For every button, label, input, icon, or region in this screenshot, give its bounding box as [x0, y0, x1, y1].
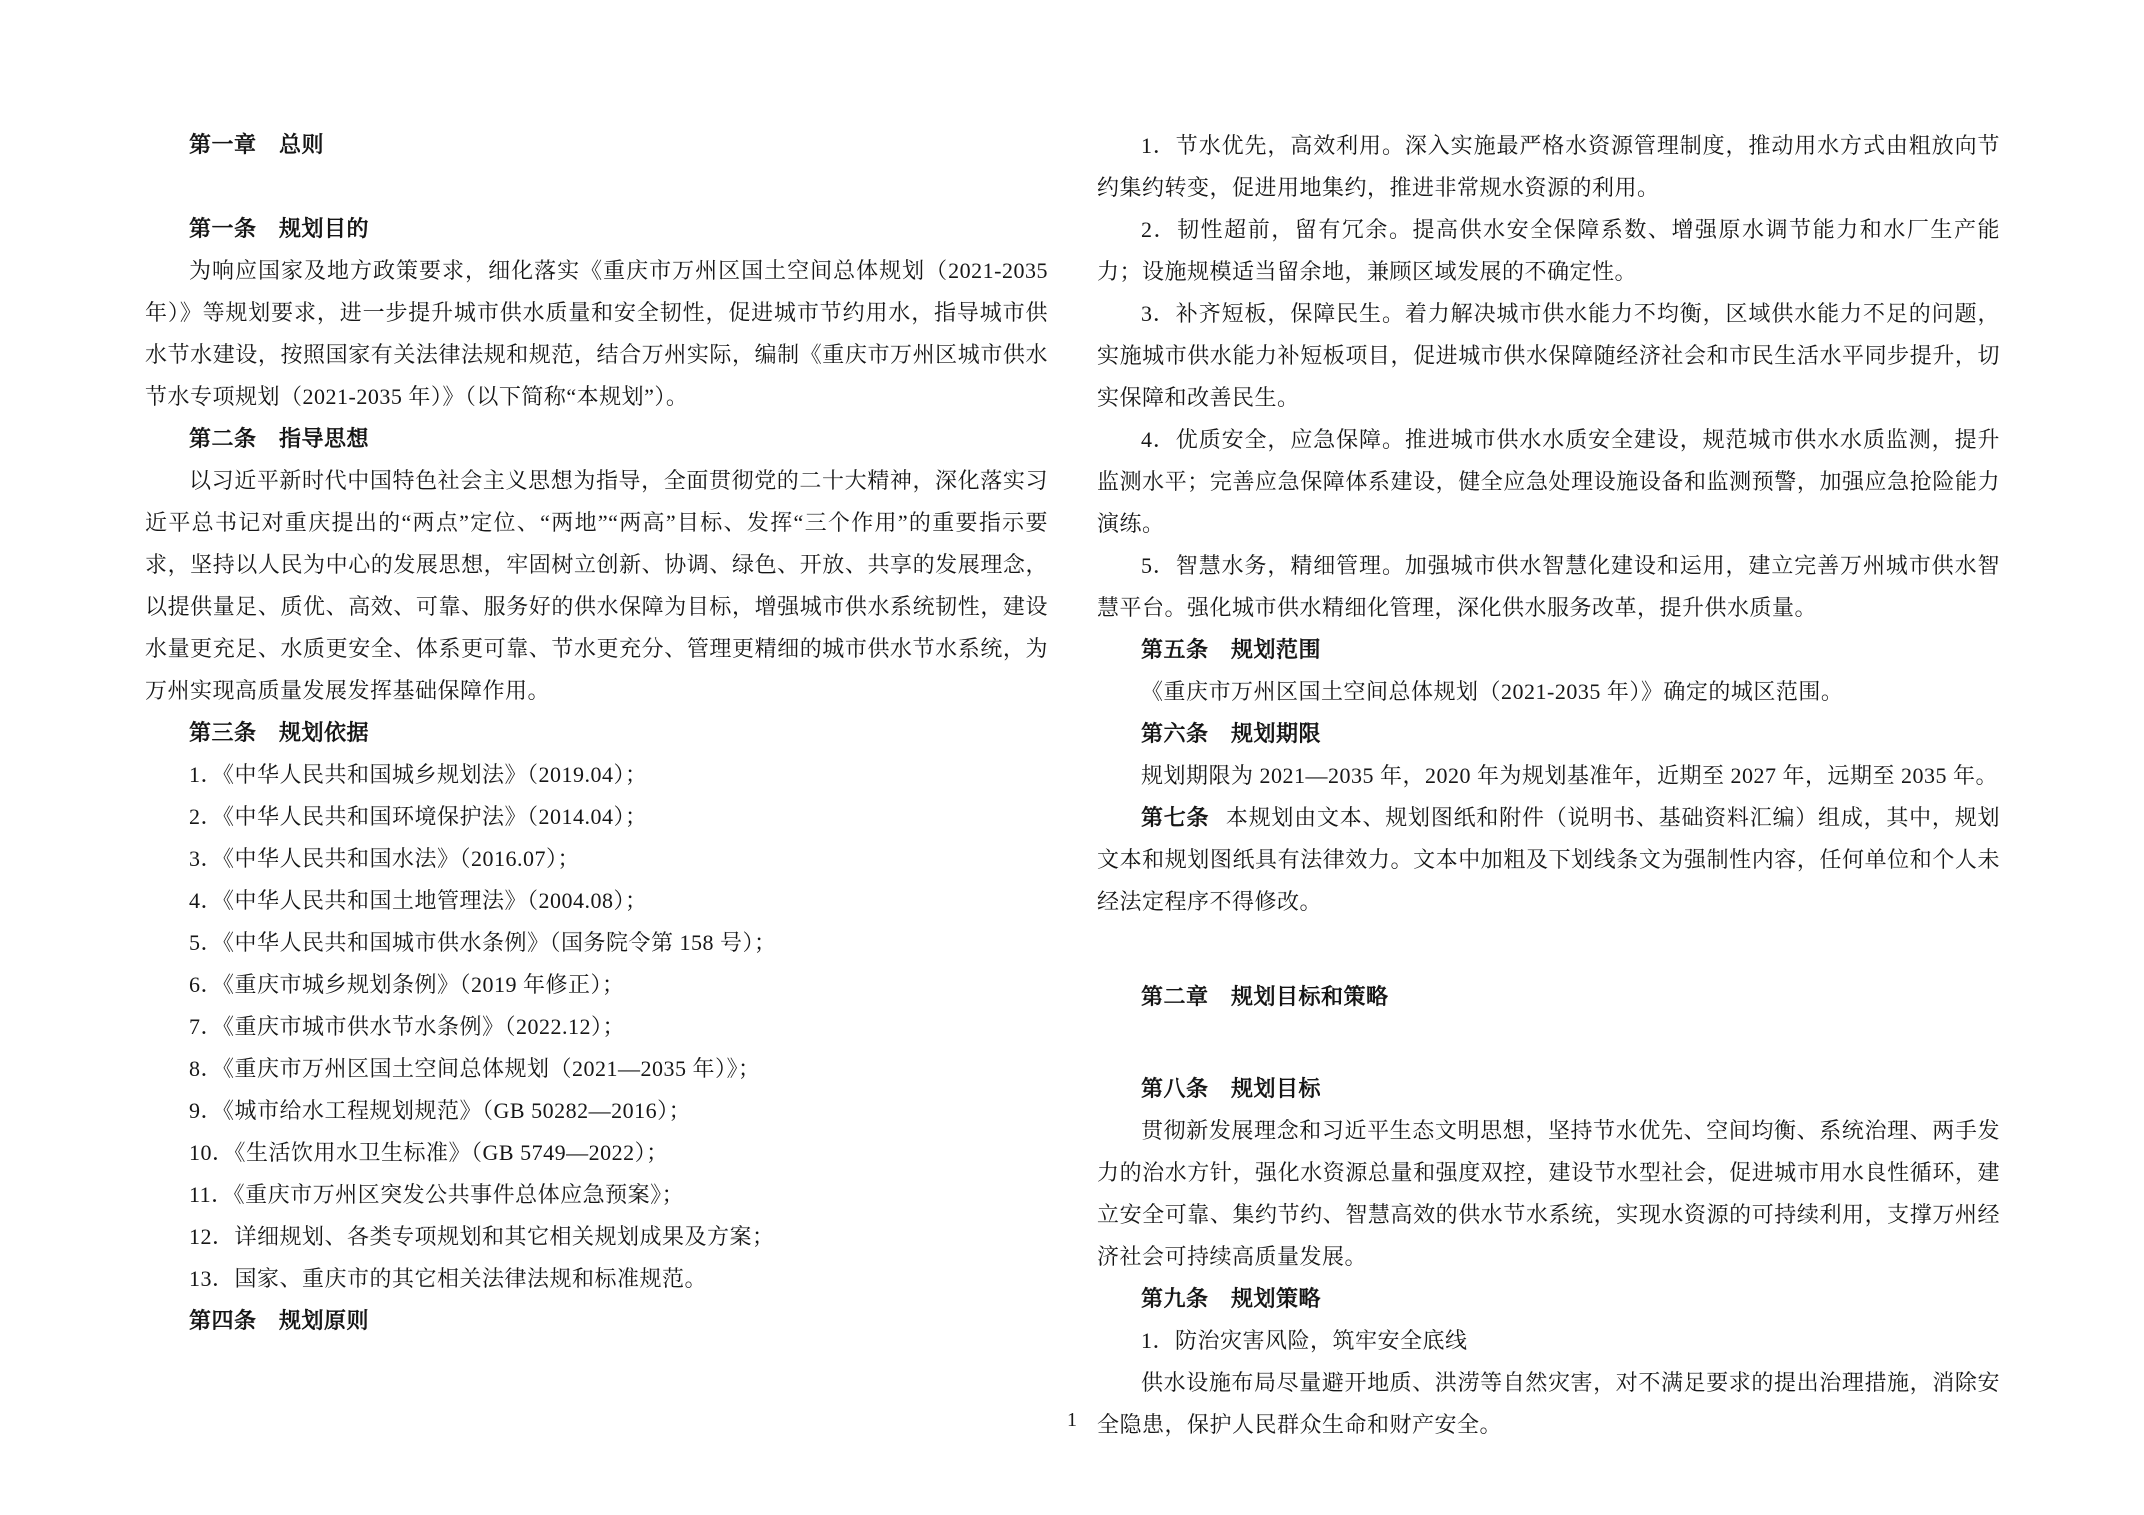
basis-item-2: 2．《中华人民共和国环境保护法》（2014.04）；	[145, 796, 1048, 838]
basis-item-12: 12．详细规划、各类专项规划和其它相关规划成果及方案；	[145, 1216, 1048, 1258]
article-2-body: 以习近平新时代中国特色社会主义思想为指导，全面贯彻党的二十大精神，深化落实习近平…	[145, 460, 1048, 712]
basis-item-10: 10．《生活饮用水卫生标准》（GB 5749—2022）；	[145, 1132, 1048, 1174]
article-9-heading: 第九条 规划策略	[1097, 1278, 2000, 1320]
basis-item-5: 5．《中华人民共和国城市供水条例》（国务院令第 158 号）；	[145, 922, 1048, 964]
article-1-heading: 第一条 规划目的	[145, 208, 1048, 250]
chapter-2-heading: 第二章 规划目标和策略	[1097, 976, 2000, 1018]
principle-item-3: 3．补齐短板，保障民生。着力解决城市供水能力不均衡，区域供水能力不足的问题，实施…	[1097, 293, 2000, 419]
chapter-1-heading: 第一章 总则	[145, 124, 1048, 166]
strategy-1-body: 供水设施布局尽量避开地质、洪涝等自然灾害，对不满足要求的提出治理措施，消除安全隐…	[1097, 1362, 2000, 1446]
principle-item-2: 2．韧性超前，留有冗余。提高供水安全保障系数、增强原水调节能力和水厂生产能力；设…	[1097, 209, 2000, 293]
document-page: 第一章 总则 第一条 规划目的 为响应国家及地方政策要求，细化落实《重庆市万州区…	[0, 0, 2144, 1515]
article-6-heading: 第六条 规划期限	[1097, 713, 2000, 755]
basis-item-4: 4．《中华人民共和国土地管理法》（2004.08）；	[145, 880, 1048, 922]
basis-item-6: 6．《重庆市城乡规划条例》（2019 年修正）；	[145, 964, 1048, 1006]
article-7-label: 第七条	[1141, 805, 1209, 830]
strategy-1-title: 1．防治灾害风险，筑牢安全底线	[1097, 1320, 2000, 1362]
page-number: 1	[0, 1408, 2144, 1432]
left-column: 第一章 总则 第一条 规划目的 为响应国家及地方政策要求，细化落实《重庆市万州区…	[145, 124, 1048, 1446]
article-7-paragraph: 第七条本规划由文本、规划图纸和附件（说明书、基础资料汇编）组成，其中，规划文本和…	[1097, 797, 2000, 923]
two-column-layout: 第一章 总则 第一条 规划目的 为响应国家及地方政策要求，细化落实《重庆市万州区…	[0, 0, 2144, 1446]
basis-item-3: 3．《中华人民共和国水法》（2016.07）；	[145, 838, 1048, 880]
article-3-heading: 第三条 规划依据	[145, 712, 1048, 754]
basis-item-11: 11．《重庆市万州区突发公共事件总体应急预案》；	[145, 1174, 1048, 1216]
basis-item-7: 7．《重庆市城市供水节水条例》（2022.12）；	[145, 1006, 1048, 1048]
article-1-body: 为响应国家及地方政策要求，细化落实《重庆市万州区国土空间总体规划（2021-20…	[145, 250, 1048, 418]
principle-item-5: 5．智慧水务，精细管理。加强城市供水智慧化建设和运用，建立完善万州城市供水智慧平…	[1097, 545, 2000, 629]
article-7-body: 本规划由文本、规划图纸和附件（说明书、基础资料汇编）组成，其中，规划文本和规划图…	[1097, 805, 2000, 914]
right-column: 1．节水优先，高效利用。深入实施最严格水资源管理制度，推动用水方式由粗放向节约集…	[1097, 124, 2000, 1446]
basis-item-8: 8．《重庆市万州区国土空间总体规划（2021—2035 年）》；	[145, 1048, 1048, 1090]
article-5-heading: 第五条 规划范围	[1097, 629, 2000, 671]
basis-item-9: 9．《城市给水工程规划规范》（GB 50282—2016）；	[145, 1090, 1048, 1132]
article-6-body: 规划期限为 2021—2035 年，2020 年为规划基准年，近期至 2027 …	[1097, 755, 2000, 797]
principle-item-1: 1．节水优先，高效利用。深入实施最严格水资源管理制度，推动用水方式由粗放向节约集…	[1097, 125, 2000, 209]
article-4-heading: 第四条 规划原则	[145, 1300, 1048, 1342]
principle-item-4: 4．优质安全，应急保障。推进城市供水水质安全建设，规范城市供水水质监测，提升监测…	[1097, 419, 2000, 545]
article-8-heading: 第八条 规划目标	[1097, 1068, 2000, 1110]
article-8-body: 贯彻新发展理念和习近平生态文明思想，坚持节水优先、空间均衡、系统治理、两手发力的…	[1097, 1110, 2000, 1278]
article-5-body: 《重庆市万州区国土空间总体规划（2021-2035 年）》确定的城区范围。	[1097, 671, 2000, 713]
basis-item-13: 13．国家、重庆市的其它相关法律法规和标准规范。	[145, 1258, 1048, 1300]
basis-item-1: 1．《中华人民共和国城乡规划法》（2019.04）；	[145, 754, 1048, 796]
article-2-heading: 第二条 指导思想	[145, 418, 1048, 460]
